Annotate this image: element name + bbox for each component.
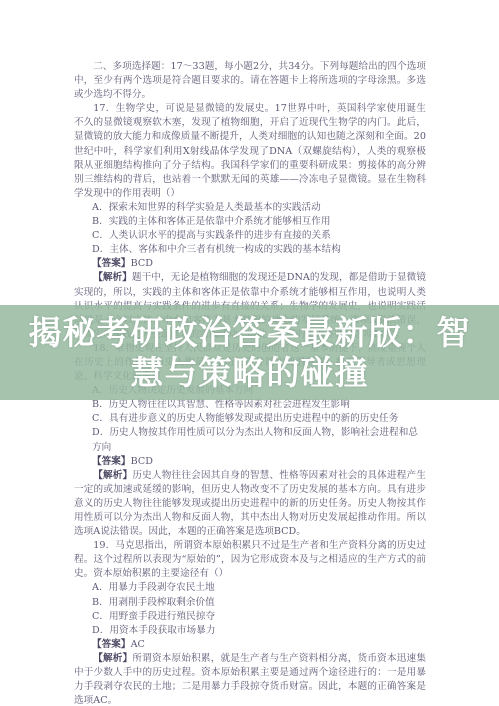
answer-label: 【答案】: [92, 639, 131, 650]
option-d: D．用资本手段获取市场暴力: [74, 624, 426, 638]
analysis-label: 【解析】: [93, 272, 132, 283]
analysis-label: 【解析】: [93, 470, 132, 481]
option-d: D．主体、客体和中介三者有机统一构成的实践的基本结构: [74, 243, 426, 257]
title-banner: 揭秘考研政治答案最新版：智慧与策略的碰撞: [0, 305, 499, 400]
option-b: B．历史人物往往以其智慧、性格等因素对社会进程发生影响: [74, 398, 426, 412]
option-a: A．用暴力手段剥夺农民土地: [74, 581, 426, 595]
answer-value: BCD: [131, 258, 153, 269]
answer-value: BCD: [131, 456, 153, 467]
option-b: B．实践的主体和客体正是依靠中介系统才能够相互作用: [74, 215, 426, 229]
analysis: 【解析】所谓资本原始积累，就是生产者与生产资料相分离，货币资本迅速集中于少数人手…: [74, 652, 426, 706]
analysis: 【解析】历史人物往往会因其自身的智慧、性格等因素对社会的具体进程产生一定的或加速…: [74, 469, 426, 539]
question-stem: 19．马克思指出，所谓资本原始积累只不过是生产者和生产资料分离的历史过程。这个过…: [74, 539, 426, 581]
option-b: B．用剥削手段榨取剩余价值: [74, 596, 426, 610]
analysis-label: 【解析】: [93, 653, 132, 664]
option-d: D．历史人物按其作用性质可以分为杰出人物和反面人物，影响社会进程和总方向: [74, 426, 426, 454]
answer-label: 【答案】: [92, 258, 131, 269]
option-c: C．具有进步意义的历史人物能够发现或提出历史进程中的新的历史任务: [74, 412, 426, 426]
answer-line: 【答案】BCD: [74, 455, 426, 469]
answer-value: AC: [131, 639, 145, 650]
option-c: C．用野蛮手段进行殖民掠夺: [74, 610, 426, 624]
question-stem: 17．生物学史，可说是显微镜的发展史。17世界中叶，英国科学家使用诞生不久的显微…: [74, 102, 426, 201]
question-19: 19．马克思指出，所谓资本原始积累只不过是生产者和生产资料分离的历史过程。这个过…: [74, 539, 426, 706]
section-header: 二、多项选择题：17～33题，每小题2分，共34分。下列每题给出的四个选项中，至…: [74, 60, 426, 102]
option-c: C．人类认识水平的提高与实践条件的进步有直接的关系: [74, 229, 426, 243]
answer-line: 【答案】BCD: [74, 257, 426, 271]
answer-label: 【答案】: [92, 456, 131, 467]
banner-title: 揭秘考研政治答案最新版：智慧与策略的碰撞: [15, 313, 485, 393]
option-a: A．探索未知世界的科学实验是人类最基本的实践活动: [74, 201, 426, 215]
answer-line: 【答案】AC: [74, 638, 426, 652]
